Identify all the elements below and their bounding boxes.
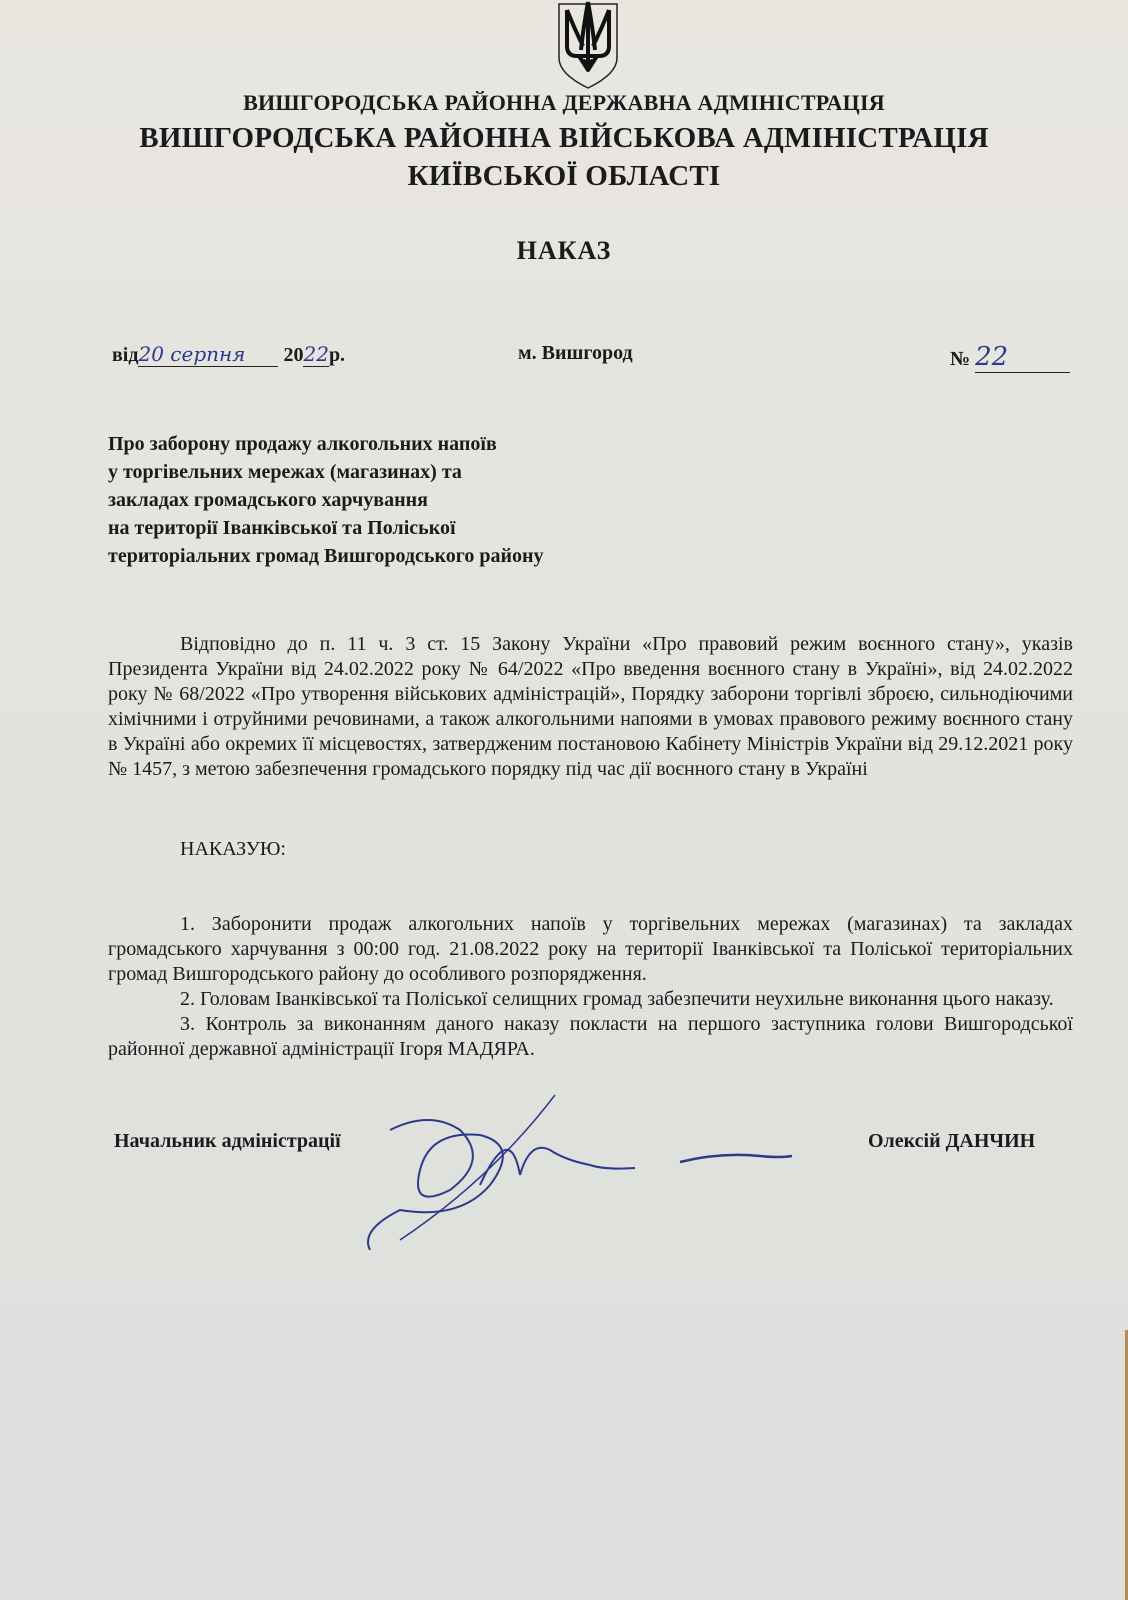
order-item: 1. Заборонити продаж алкогольних напоїв … [108,912,1073,987]
order-items: 1. Заборонити продаж алкогольних напоїв … [108,912,1073,1062]
subject-line: Про заборону продажу алкогольних напоїв [108,430,544,458]
year-handwritten: 22 [303,342,328,367]
document-number: № 22 [950,342,1070,373]
signatory-role: Начальник адміністрації [114,1130,341,1153]
order-word: НАКАЗУЮ: [180,838,286,861]
preamble-paragraph: Відповідно до п. 11 ч. 3 ст. 15 Закону У… [108,632,1073,782]
order-item: 2. Головам Іванківської та Поліської сел… [108,987,1073,1012]
year-suffix: р. [329,344,345,366]
header-state-administration: ВИШГОРОДСЬКА РАЙОННА ДЕРЖАВНА АДМІНІСТРА… [0,90,1128,116]
handwritten-signature-icon [340,1090,820,1250]
date-handwritten: 20 серпня [138,342,278,367]
coat-of-arms-icon [553,0,623,90]
document-subject: Про заборону продажу алкогольних напоїв … [108,430,544,570]
header-oblast: КИЇВСЬКОЇ ОБЛАСТІ [0,160,1128,193]
date-prefix: від [112,344,138,366]
subject-line: у торгівельних мережах (магазинах) та [108,458,544,486]
document-title: НАКАЗ [0,236,1128,266]
number-prefix: № [950,348,970,370]
document-date: від20 серпня 2022р. [112,342,345,367]
header-military-administration: ВИШГОРОДСЬКА РАЙОННА ВІЙСЬКОВА АДМІНІСТР… [0,122,1128,155]
number-handwritten: 22 [975,342,1070,373]
subject-line: закладах громадського харчування [108,486,544,514]
subject-line: на території Іванківської та Поліської [108,514,544,542]
year-prefix: 20 [283,344,303,366]
subject-line: територіальних громад Вишгородського рай… [108,542,544,570]
document-city: м. Вишгород [518,342,633,365]
order-item: 3. Контроль за виконанням даного наказу … [108,1012,1073,1062]
signatory-name: Олексій ДАНЧИН [868,1130,1035,1153]
